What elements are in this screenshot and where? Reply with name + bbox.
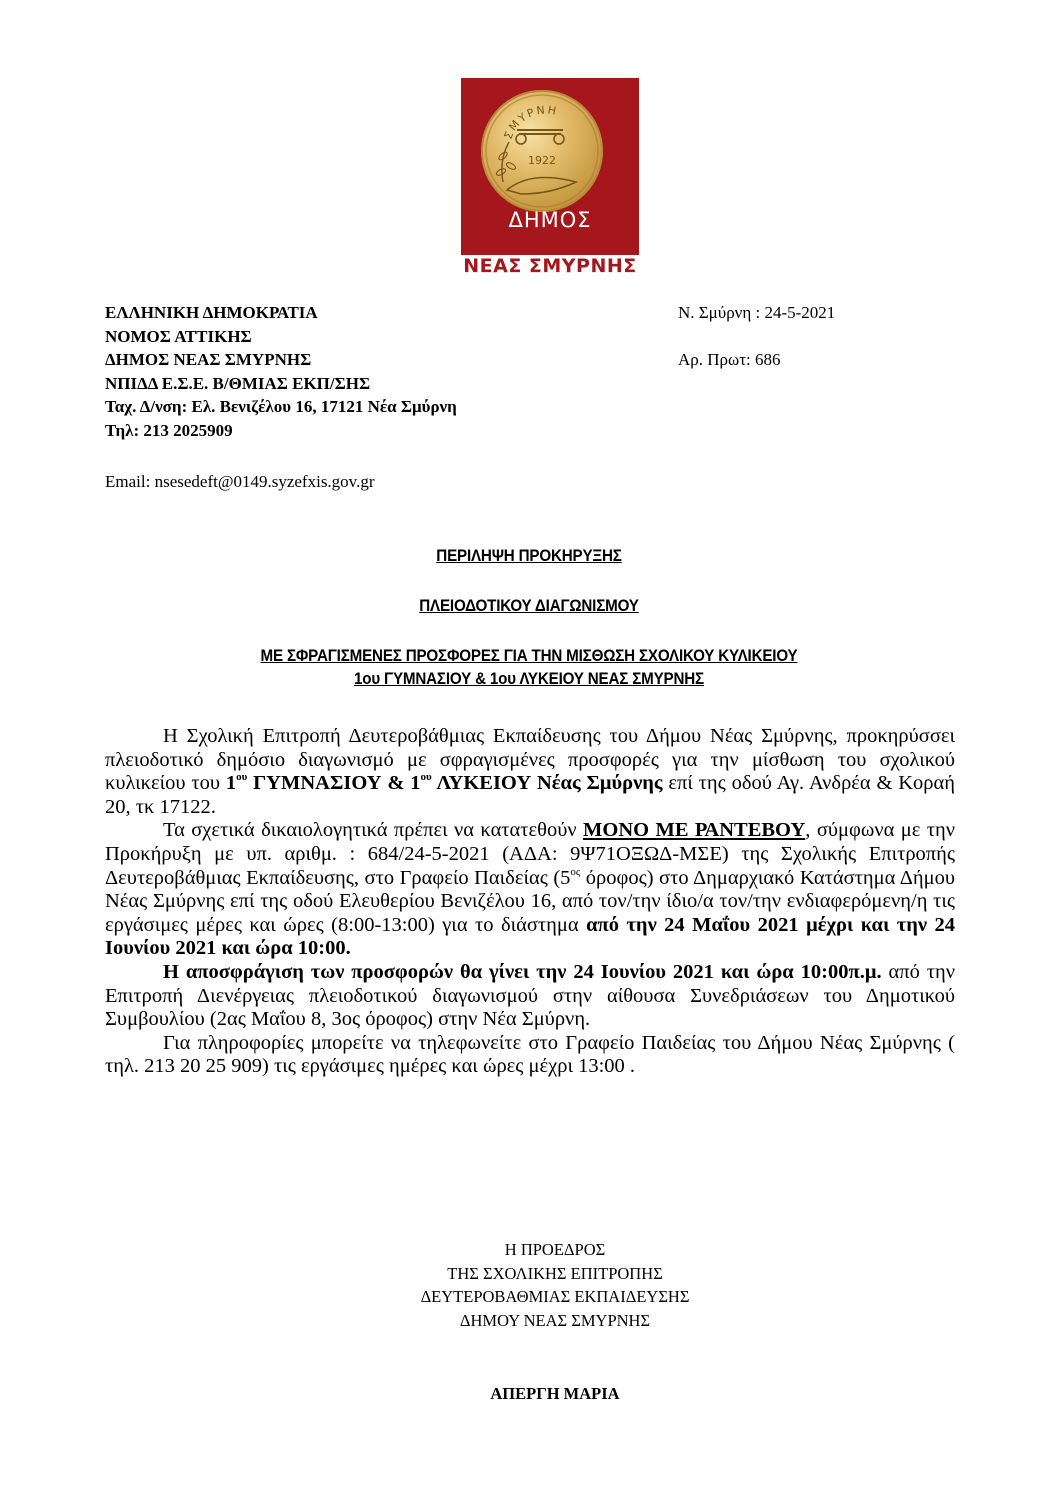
signature-line: Η ΠΡΟΕΔΡΟΣ	[355, 1238, 755, 1262]
p2-sup: ος	[570, 866, 580, 878]
header-address: Ταχ. Δ/νση: Ελ. Βενιζέλου 16, 17121 Νέα …	[105, 395, 457, 419]
notice-body: Η Σχολική Επιτροπή Δευτεροβάθμιας Εκπαίδ…	[105, 725, 955, 1079]
signature-block: Η ΠΡΟΕΔΡΟΣ ΤΗΣ ΣΧΟΛΙΚΗΣ ΕΠΙΤΡΟΠΗΣ ΔΕΥΤΕΡ…	[355, 1238, 755, 1332]
svg-text:ΣΜΥΡΝΗ: ΣΜΥΡΝΗ	[502, 103, 560, 141]
paragraph-2: Τα σχετικά δικαιολογητικά πρέπει να κατα…	[105, 819, 955, 961]
p1-sup: ου	[236, 771, 247, 783]
appointment-only-emphasis: ΜΟΝΟ ΜΕ ΡΑΝΤΕΒΟΥ	[583, 819, 805, 841]
signer-name: ΑΠΕΡΓΗ ΜΑΡΙΑ	[355, 1384, 755, 1404]
header-phone: Τηλ: 213 2025909	[105, 419, 457, 443]
header-line: ΕΛΛΗΝΙΚΗ ΔΗΜΟΚΡΑΤΙΑ	[105, 301, 457, 325]
p1-bold: ΓΥΜΝΑΣΙΟΥ & 1	[247, 772, 420, 794]
title-line-3: ΜΕ ΣΦΡΑΓΙΣΜΕΝΕΣ ΠΡΟΣΦΟΡΕΣ ΓΙΑ ΤΗΝ ΜΙΣΘΩΣ…	[42, 647, 1015, 666]
p1-bold: 1	[226, 772, 236, 794]
signature-line: ΔΗΜΟΥ ΝΕΑΣ ΣΜΥΡΝΗΣ	[355, 1309, 755, 1333]
document-date: Ν. Σμύρνη : 24-5-2021	[678, 301, 835, 325]
coin-text: ΣΜΥΡΝΗ	[502, 103, 560, 141]
title-line-2: ΠΛΕΙΟΔΟΤΙΚΟΥ ΔΙΑΓΩΝΙΣΜΟΥ	[42, 597, 1015, 616]
paragraph-3: Η αποσφράγιση των προσφορών θα γίνει την…	[105, 961, 955, 1032]
header-line: ΔΗΜΟΣ ΝΕΑΣ ΣΜΥΡΝΗΣ	[105, 348, 457, 372]
municipality-logo: ΣΜΥΡΝΗ 1922 ΔΗΜΟΣ	[461, 78, 639, 256]
document-meta: Ν. Σμύρνη : 24-5-2021 Αρ. Πρωτ: 686	[678, 301, 835, 372]
p1-sup: ου	[421, 771, 432, 783]
p1-bold: ΛΥΚΕΙΟΥ Νέας Σμύρνης	[432, 772, 663, 794]
title-line-1: ΠΕΡΙΛΗΨΗ ΠΡΟΚΗΡΥΞΗΣ	[42, 547, 1015, 566]
logo-label: ΔΗΜΟΣ	[461, 208, 639, 232]
signature-line: ΔΕΥΤΕΡΟΒΑΘΜΙΑΣ ΕΚΠΑΙΔΕΥΣΗΣ	[355, 1285, 755, 1309]
sender-header: ΕΛΛΗΝΙΚΗ ΔΗΜΟΚΡΑΤΙΑ ΝΟΜΟΣ ΑΤΤΙΚΗΣ ΔΗΜΟΣ …	[105, 301, 457, 442]
coin-emblem-icon: ΣΜΥΡΝΗ 1922	[481, 90, 603, 212]
coin-year: 1922	[528, 154, 556, 167]
signature-line: ΤΗΣ ΣΧΟΛΙΚΗΣ ΕΠΙΤΡΟΠΗΣ	[355, 1262, 755, 1286]
protocol-number: Αρ. Πρωτ: 686	[678, 348, 835, 372]
header-email: Email: nsesedeft@0149.syzefxis.gov.gr	[105, 472, 375, 492]
logo-municipality-name: ΝΕΑΣ ΣΜΥΡΝΗΣ	[453, 255, 647, 277]
title-line-4: 1ου ΓΥΜΝΑΣΙΟΥ & 1ου ΛΥΚΕΙΟΥ ΝΕΑΣ ΣΜΥΡΝΗΣ	[42, 670, 1015, 689]
paragraph-4: Για πληροφορίες μπορείτε να τηλεφωνείτε …	[105, 1032, 955, 1079]
opening-date: Η αποσφράγιση των προσφορών θα γίνει την…	[163, 961, 882, 983]
p2-text: Τα σχετικά δικαιολογητικά πρέπει να κατα…	[163, 819, 583, 841]
paragraph-1: Η Σχολική Επιτροπή Δευτεροβάθμιας Εκπαίδ…	[105, 725, 955, 819]
header-line: ΝΠΙΔΔ Ε.Σ.Ε. Β/ΘΜΙΑΣ ΕΚΠ/ΣΗΣ	[105, 372, 457, 396]
header-line: ΝΟΜΟΣ ΑΤΤΙΚΗΣ	[105, 325, 457, 349]
